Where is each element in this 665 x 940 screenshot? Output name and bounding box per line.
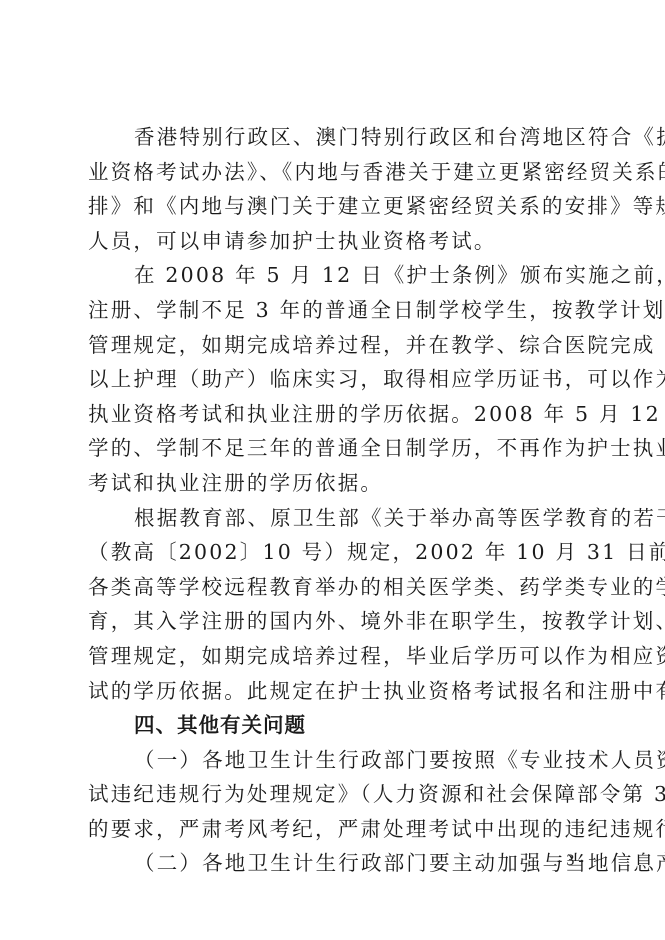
text-line: 管理规定，如期完成培养过程，并在教学、综合医院完成 8 个月 xyxy=(88,328,580,363)
text-line: 育，其入学注册的国内外、境外非在职学生，按教学计划、学籍 xyxy=(88,604,580,639)
document-page: 香港特别行政区、澳门特别行政区和台湾地区符合《护士执 业资格考试办法》、《内地与… xyxy=(0,0,665,940)
text-line: （二）各地卫生计生行政部门要主动加强与当地信息产业部 xyxy=(88,846,580,881)
text-line: 管理规定，如期完成培养过程，毕业后学历可以作为相应资格考 xyxy=(88,639,580,674)
text-line: 业资格考试办法》、《内地与香港关于建立更紧密经贸关系的安 xyxy=(88,155,580,190)
text-line: 的要求，严肃考风考纪，严肃处理考试中出现的违纪违规行为。 xyxy=(88,812,580,847)
text-line: 根据教育部、原卫生部《关于举办高等医学教育的若干意见》 xyxy=(88,501,580,536)
text-line: 执业资格考试和执业注册的学历依据。2008 年 5 月 12 日以后入 xyxy=(88,397,580,432)
text-line: 考试和执业注册的学历依据。 xyxy=(88,466,580,501)
text-line: 试的学历依据。此规定在护士执业资格考试报名和注册中有效。 xyxy=(88,674,580,709)
text-line: 学的、学制不足三年的普通全日制学历，不再作为护士执业资格 xyxy=(88,431,580,466)
text-line: 香港特别行政区、澳门特别行政区和台湾地区符合《护士执 xyxy=(88,120,580,155)
text-line: 注册、学制不足 3 年的普通全日制学校学生，按教学计划、学籍 xyxy=(88,293,580,328)
text-line: 人员，可以申请参加护士执业资格考试。 xyxy=(88,224,580,259)
text-line: （教高〔2002〕10 号）规定，2002 年 10 月 31 日前，自学考试、 xyxy=(88,535,580,570)
text-line: 排》和《内地与澳门关于建立更紧密经贸关系的安排》等规定的 xyxy=(88,189,580,224)
text-line: 试违纪违规行为处理规定》（人力资源和社会保障部令第 31 号） xyxy=(88,777,580,812)
section-heading: 四、其他有关问题 xyxy=(88,708,580,743)
text-line: 各类高等学校远程教育举办的相关医学类、药学类专业的学历教 xyxy=(88,570,580,605)
text-line: （一）各地卫生计生行政部门要按照《专业技术人员资格考 xyxy=(88,743,580,778)
text-line: 以上护理（助产）临床实习，取得相应学历证书，可以作为护士 xyxy=(88,362,580,397)
page-number: - 3 - xyxy=(557,852,584,870)
text-line: 在 2008 年 5 月 12 日《护士条例》颁布实施之前，已经入学 xyxy=(88,258,580,293)
body-text: 香港特别行政区、澳门特别行政区和台湾地区符合《护士执 业资格考试办法》、《内地与… xyxy=(88,120,580,881)
